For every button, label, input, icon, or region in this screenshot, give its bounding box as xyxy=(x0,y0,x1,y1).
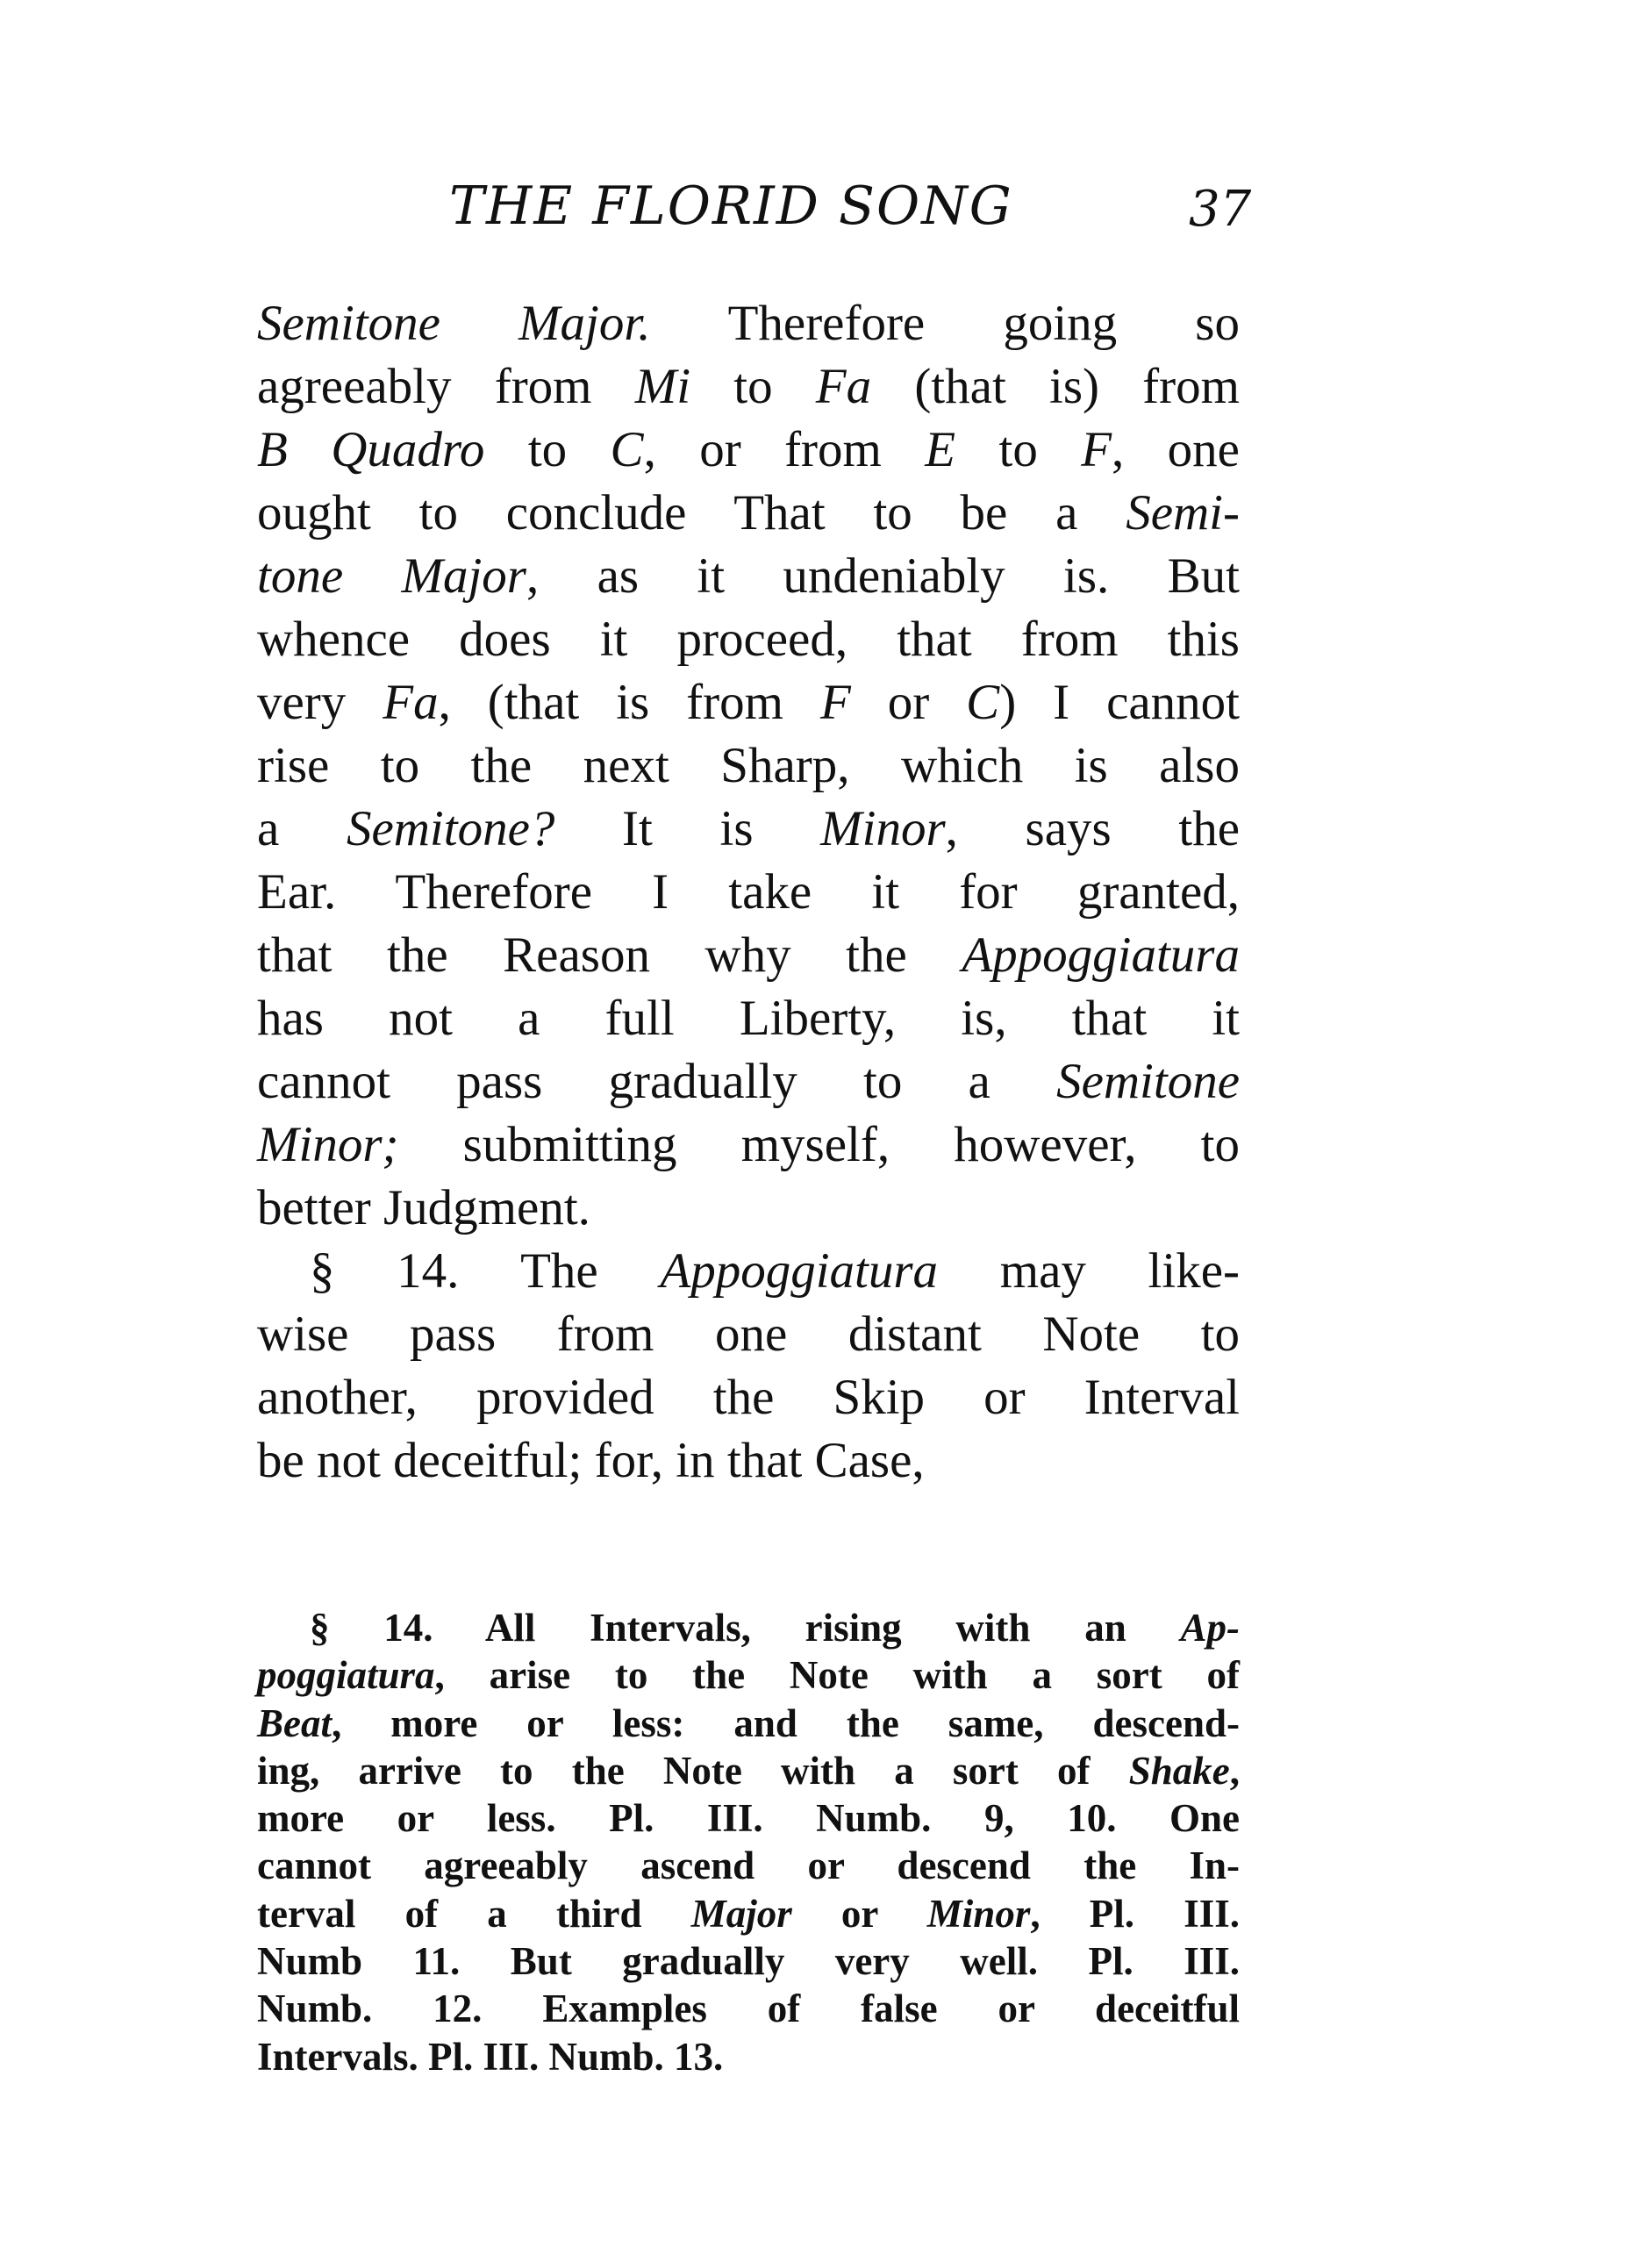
text-run: or xyxy=(851,675,966,730)
text-run: whence does it proceed, that from this xyxy=(257,612,1240,667)
italic-term: Mi xyxy=(635,359,690,414)
text-run: Intervals. Pl. III. Numb. 13. xyxy=(257,2035,723,2079)
text-run: , arise to the Note with a sort of xyxy=(435,1653,1240,1697)
text-run: better Judgment. xyxy=(257,1180,590,1235)
body-line: agreeably from Mi to Fa (that is) from xyxy=(257,355,1240,419)
italic-term: Ap- xyxy=(1181,1606,1241,1650)
text-run: cannot agreeably ascend or descend the I… xyxy=(257,1844,1240,1887)
italic-term: Appoggiatura xyxy=(962,927,1240,983)
footnote-line: § 14. All Intervals, rising with an Ap- xyxy=(257,1604,1240,1651)
text-run: to xyxy=(484,422,610,477)
text-run: very xyxy=(257,675,383,730)
text-run: , says the xyxy=(946,801,1240,856)
text-run: a xyxy=(257,801,347,856)
italic-term: Beat xyxy=(257,1701,332,1745)
footnote-line: Numb. 12. Examples of false or deceitful xyxy=(257,1985,1240,2032)
text-run: agreeably from xyxy=(257,359,635,414)
italic-term: Semitone Major. xyxy=(257,296,650,351)
footnote-line: Intervals. Pl. III. Numb. 13. xyxy=(257,2033,1240,2080)
text-run: may like- xyxy=(938,1243,1240,1299)
body-line: tone Major, as it undeniably is. But xyxy=(257,545,1240,608)
body-line: cannot pass gradually to a Semitone xyxy=(257,1050,1240,1113)
text-run: ing, arrive to the Note with a sort of xyxy=(257,1749,1129,1793)
footnote-line: Beat, more or less: and the same, descen… xyxy=(257,1700,1240,1747)
body-text: Semitone Major. Therefore going soagreea… xyxy=(257,292,1240,1493)
text-run: terval of a third xyxy=(257,1892,691,1936)
text-run: , one xyxy=(1112,422,1240,477)
footnote: § 14. All Intervals, rising with an Ap-p… xyxy=(257,1604,1240,2080)
text-run: submitting myself, however, to xyxy=(398,1117,1240,1172)
text-run: wise pass from one distant Note to xyxy=(257,1307,1240,1362)
italic-term: poggiatura xyxy=(257,1653,435,1697)
italic-term: Minor xyxy=(820,801,946,856)
body-line: wise pass from one distant Note to xyxy=(257,1303,1240,1366)
text-run: , (that is from xyxy=(439,675,820,730)
text-run: more or less. Pl. III. Numb. 9, 10. One xyxy=(257,1796,1240,1840)
footnote-line: Numb 11. But gradually very well. Pl. II… xyxy=(257,1937,1240,1985)
text-run: , Pl. III. xyxy=(1030,1892,1240,1936)
text-run: § 14. All Intervals, rising with an xyxy=(310,1606,1181,1650)
running-head: THE FLORID SONG 37 xyxy=(257,175,1240,246)
body-line: has not a full Liberty, is, that it xyxy=(257,987,1240,1050)
italic-term: Shake xyxy=(1129,1749,1230,1793)
text-run: Numb 11. But gradually very well. Pl. II… xyxy=(257,1939,1240,1983)
italic-term: F xyxy=(1081,422,1112,477)
italic-term: Minor; xyxy=(257,1117,398,1172)
text-run: cannot pass gradually to a xyxy=(257,1054,1056,1109)
italic-term: Semitone? xyxy=(347,801,554,856)
text-run: has not a full Liberty, is, that it xyxy=(257,991,1240,1046)
text-run: , more or less: and the same, descend- xyxy=(332,1701,1240,1745)
italic-term: C xyxy=(611,422,644,477)
text-run: rise to the next Sharp, which is also xyxy=(257,738,1240,793)
text-run: § 14. The xyxy=(310,1243,660,1299)
page-number: 37 xyxy=(1189,181,1251,238)
text-run: , xyxy=(1230,1749,1240,1793)
text-run: Therefore going so xyxy=(650,296,1240,351)
italic-term: Semi- xyxy=(1126,485,1240,541)
footnote-line: more or less. Pl. III. Numb. 9, 10. One xyxy=(257,1794,1240,1842)
italic-term: C xyxy=(966,675,999,730)
body-line: Minor; submitting myself, however, to xyxy=(257,1113,1240,1177)
chapter-title: THE FLORID SONG xyxy=(449,175,1013,237)
italic-term: Appoggiatura xyxy=(660,1243,938,1299)
body-line: Ear. Therefore I take it for granted, xyxy=(257,861,1240,924)
text-run: Numb. 12. Examples of false or deceitful xyxy=(257,1987,1240,2030)
body-line: another, provided the Skip or Interval xyxy=(257,1366,1240,1429)
body-line: better Judgment. xyxy=(257,1177,1240,1240)
text-run: , as it undeniably is. But xyxy=(526,548,1240,604)
italic-term: Fa xyxy=(816,359,871,414)
body-line: be not deceitful; for, in that Case, xyxy=(257,1429,1240,1493)
italic-term: Major xyxy=(691,1892,792,1936)
italic-term: Minor xyxy=(927,1892,1031,1936)
italic-term: E xyxy=(925,422,955,477)
text-run: , or from xyxy=(644,422,926,477)
text-run: Ear. Therefore I take it for granted, xyxy=(257,864,1240,920)
italic-term: F xyxy=(820,675,851,730)
body-line: § 14. The Appoggiatura may like- xyxy=(257,1240,1240,1303)
body-line: B Quadro to C, or from E to F, one xyxy=(257,419,1240,482)
body-line: rise to the next Sharp, which is also xyxy=(257,734,1240,798)
body-line: a Semitone? It is Minor, says the xyxy=(257,798,1240,861)
text-run: that the Reason why the xyxy=(257,927,962,983)
body-line: that the Reason why the Appoggiatura xyxy=(257,924,1240,987)
text-run: (that is) from xyxy=(871,359,1240,414)
text-run: ought to conclude That to be a xyxy=(257,485,1126,541)
body-line: very Fa, (that is from F or C) I cannot xyxy=(257,671,1240,734)
italic-term: Fa xyxy=(383,675,438,730)
italic-term: tone Major xyxy=(257,548,526,604)
text-run: ) I cannot xyxy=(999,675,1240,730)
body-line: whence does it proceed, that from this xyxy=(257,608,1240,671)
text-run: to xyxy=(955,422,1081,477)
text-run: be not deceitful; for, in that Case, xyxy=(257,1433,925,1488)
text-run: to xyxy=(690,359,816,414)
text-run: It is xyxy=(554,801,820,856)
footnote-line: poggiatura, arise to the Note with a sor… xyxy=(257,1651,1240,1699)
footnote-line: cannot agreeably ascend or descend the I… xyxy=(257,1842,1240,1889)
italic-term: Semitone xyxy=(1056,1054,1240,1109)
italic-term: B Quadro xyxy=(257,422,484,477)
footnote-line: ing, arrive to the Note with a sort of S… xyxy=(257,1747,1240,1794)
footnote-line: terval of a third Major or Minor, Pl. II… xyxy=(257,1890,1240,1937)
text-run: or xyxy=(792,1892,927,1936)
body-line: ought to conclude That to be a Semi- xyxy=(257,482,1240,545)
body-line: Semitone Major. Therefore going so xyxy=(257,292,1240,355)
text-run: another, provided the Skip or Interval xyxy=(257,1370,1240,1425)
